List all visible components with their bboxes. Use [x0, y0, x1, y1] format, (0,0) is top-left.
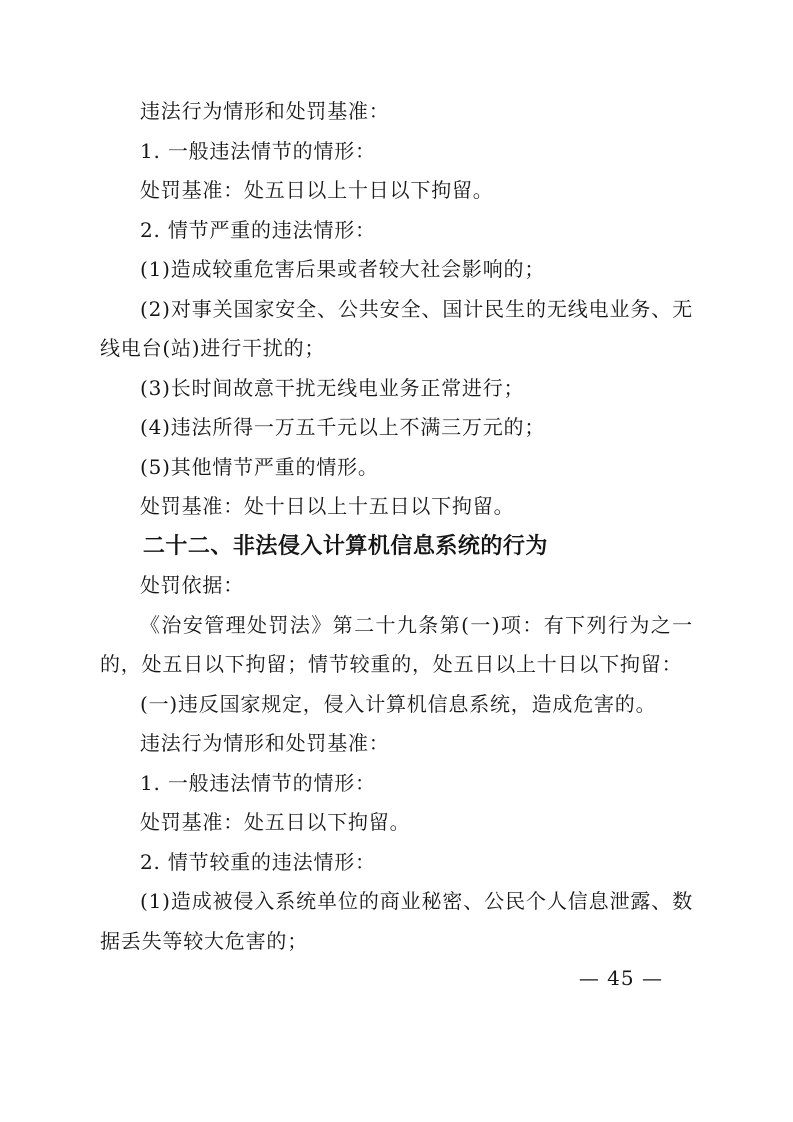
page-number: — 45 —	[579, 966, 663, 990]
section-heading: 二十二、非法侵入计算机信息系统的行为	[100, 527, 693, 567]
document-page: 违法行为情形和处罚基准：1. 一般违法情节的情形：处罚基准：处五日以上十日以下拘…	[0, 0, 793, 1122]
paragraph: 违法行为情形和处罚基准：	[100, 724, 693, 764]
paragraph: (1)造成被侵入系统单位的商业秘密、公民个人信息泄露、数据丢失等较大危害的；	[100, 882, 693, 961]
paragraph: (1)造成较重危害后果或者较大社会影响的；	[100, 250, 693, 290]
paragraph: 1. 一般违法情节的情形：	[100, 132, 693, 172]
paragraph: 2. 情节较重的违法情形：	[100, 843, 693, 883]
paragraph: 《治安管理处罚法》第二十九条第(一)项：有下列行为之一的，处五日以下拘留；情节较…	[100, 606, 693, 685]
paragraph: (4)违法所得一万五千元以上不满三万元的；	[100, 408, 693, 448]
paragraph: (2)对事关国家安全、公共安全、国计民生的无线电业务、无线电台(站)进行干扰的；	[100, 290, 693, 369]
document-body: 违法行为情形和处罚基准：1. 一般违法情节的情形：处罚基准：处五日以上十日以下拘…	[100, 92, 693, 961]
paragraph: (5)其他情节严重的情形。	[100, 448, 693, 488]
paragraph: 2. 情节严重的违法情形：	[100, 211, 693, 251]
paragraph: (3)长时间故意干扰无线电业务正常进行；	[100, 369, 693, 409]
paragraph: 处罚依据：	[100, 566, 693, 606]
paragraph: 违法行为情形和处罚基准：	[100, 92, 693, 132]
paragraph: 处罚基准：处五日以上十日以下拘留。	[100, 171, 693, 211]
page-footer: — 45 —	[579, 966, 663, 990]
paragraph: 处罚基准：处十日以上十五日以下拘留。	[100, 487, 693, 527]
paragraph: 处罚基准：处五日以下拘留。	[100, 803, 693, 843]
paragraph: 1. 一般违法情节的情形：	[100, 764, 693, 804]
paragraph: (一)违反国家规定，侵入计算机信息系统，造成危害的。	[100, 685, 693, 725]
